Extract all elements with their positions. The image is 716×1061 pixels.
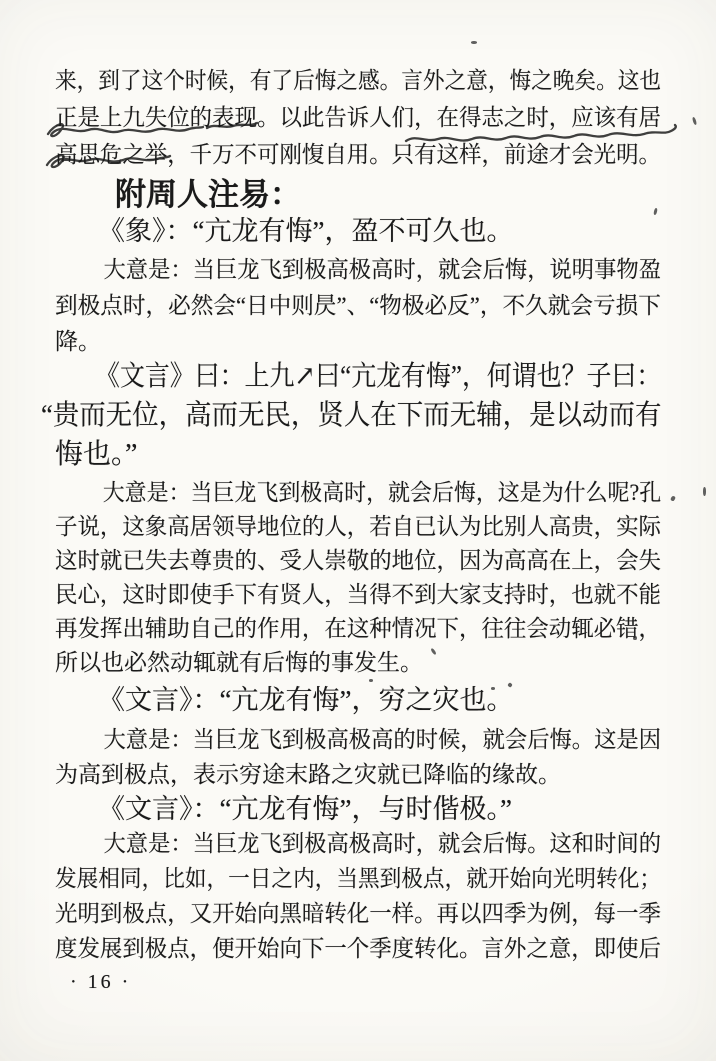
text-line: 来，到了这个时候，有了后悔之感。言外之意，悔之晚矣。这也	[55, 62, 625, 99]
text-line: 这时就已失去尊贵的、受人崇敬的地位，因为高高在上，会失	[55, 544, 646, 578]
scan-speck	[692, 117, 697, 126]
paraphrase-paragraph: 大意是：当巨龙飞到极高时，就会后悔，这是为什么呢?孔 子说，这象高居领导地位的人…	[55, 476, 661, 680]
text-line: 度发展到极点，便开始向下一个季度转化。言外之意，即使后	[55, 931, 646, 966]
paraphrase-paragraph: 大意是：当巨龙飞到极高极高时，就会后悔，说明事物盈 到极点时，必然会“日中则昃”…	[55, 252, 661, 360]
classic-quote-wenyan-1: 《文言》曰：上九↗曰“亢龙有悔”，何谓也？子曰： “贵而无位，高而无民，贤人在下…	[55, 357, 661, 474]
paraphrase-paragraph: 大意是：当巨龙飞到极高极高的时候，就会后悔。这是因 为高到极点，表示穷途末路之灾…	[55, 722, 661, 792]
text-line: 民心，这时即使手下有贤人，当得不到大家支持时，也就不能	[55, 578, 646, 612]
paraphrase-paragraph: 大意是：当巨龙飞到极高极高时，就会后悔。这和时间的 发展相同，比如，一日之内，当…	[55, 826, 661, 966]
page-number: · 16 ·	[70, 971, 131, 994]
classic-quote-wenyan-2: 《文言》：“亢龙有悔”，穷之灾也。	[55, 681, 661, 719]
text-line: 光明到极点，又开始向黑暗转化一样。再以四季为例，每一季	[55, 896, 646, 931]
text-line: 所以也必然动辄就有后悔的事发生。	[55, 646, 661, 680]
text-line: 大意是：当巨龙飞到极高极高时，就会后悔。这和时间的	[55, 826, 643, 861]
scan-speck	[369, 679, 373, 682]
text-line: 正是上九失位的表现。以此告诉人们，在得志之时，应该有居	[55, 99, 646, 136]
text-line: 到极点时，必然会“日中则昃”、“物极必反”，不久就会亏损下	[55, 288, 651, 324]
section-heading: 附周人注易：	[55, 174, 661, 216]
text-line: 发展相同，比如，一日之内，当黑到极点，就开始向光明转化；	[55, 861, 625, 896]
text-line: 再发挥出辅助自己的作用，在这种情况下，往往会动辄必错，	[55, 612, 646, 646]
book-page: 来，到了这个时候，有了后悔之感。言外之意，悔之晚矣。这也 正是上九失位的表现。以…	[0, 0, 716, 1061]
classic-quote-xiang: 《象》：“亢龙有悔”，盈不可久也。	[55, 212, 661, 250]
text-line: 大意是：当巨龙飞到极高极高的时候，就会后悔。这是因	[55, 722, 643, 757]
text-line: 《文言》：“亢龙有悔”，穷之灾也。	[55, 681, 661, 719]
text-line: 《文言》曰：上九↗曰“亢龙有悔”，何谓也？子曰：	[55, 357, 594, 396]
text-line: 大意是：当巨龙飞到极高极高时，就会后悔，说明事物盈	[55, 252, 643, 288]
classic-quote-wenyan-3: 《文言》：“亢龙有悔”，与时偕极。”	[55, 790, 661, 828]
text-line: 降。	[55, 324, 661, 360]
scan-speck	[633, 636, 637, 640]
heading-text: 附周人注易：	[55, 174, 661, 216]
text-line: 《文言》：“亢龙有悔”，与时偕极。”	[55, 790, 661, 828]
text-line: 为高到极点，表示穷途末路之灾就已降临的缘故。	[55, 757, 661, 792]
scan-speck	[491, 687, 495, 690]
text-line: 悔也。”	[55, 435, 661, 474]
paragraph-continuation: 来，到了这个时候，有了后悔之感。言外之意，悔之晚矣。这也 正是上九失位的表现。以…	[55, 62, 661, 173]
scan-speck	[703, 487, 706, 496]
text-line: 高思危之举，千万不可刚愎自用。只有这样，前途才会光明。	[55, 136, 646, 173]
text-line: 子说，这象高居领导地位的人，若自已认为比别人高贵，实际	[55, 510, 646, 544]
scan-speck	[670, 495, 676, 501]
text-line: 大意是：当巨龙飞到极高时，就会后悔，这是为什么呢?孔	[55, 476, 633, 510]
text-line: 《象》：“亢龙有悔”，盈不可久也。	[55, 212, 661, 250]
text-line: “贵而无位，高而无民，贤人在下而无辅，是以动而有	[41, 396, 627, 435]
scan-speck	[471, 41, 477, 44]
